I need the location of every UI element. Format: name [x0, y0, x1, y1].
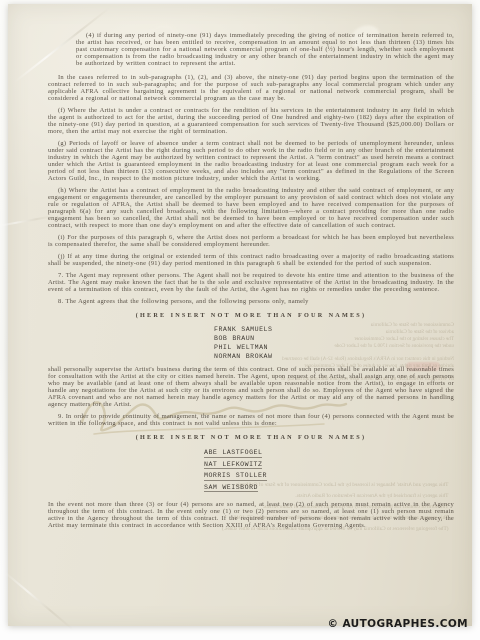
continuity-names-list: ABE LASTFOGEL NAT LEFKOWITZ MORRIS STOLL…: [204, 447, 454, 493]
clause-9: 9. In order to provide continuity of man…: [48, 413, 454, 427]
clause-cases: In the cases referred to in sub-paragrap…: [48, 74, 454, 102]
continuity-name: SAM WEISBORD: [204, 482, 454, 494]
clause-i: (i) For the purposes of this paragraph 6…: [48, 234, 454, 248]
clause-8: 8. The Agent agrees that the following p…: [48, 298, 454, 305]
insert-names-heading-1: (HERE INSERT NOT MORE THAN FOUR NAMES): [48, 312, 454, 319]
paper-crease: [4, 571, 74, 630]
watermark-text: © AUTOGRAPHES.COM: [328, 618, 469, 630]
continuity-name-text: NAT LEFKOWITZ: [204, 461, 262, 470]
clause-f: (f) Where the Artist is under a contract…: [48, 107, 454, 135]
contract-page: Commissioner of the State of California …: [8, 4, 472, 626]
continuity-name: NAT LEFKOWITZ: [204, 459, 454, 471]
continuity-name-text: MORRIS STOLLER: [204, 472, 267, 481]
scan-background: Commissioner of the State of California …: [0, 0, 480, 640]
continuity-name-text: ABE LASTFOGEL: [204, 449, 262, 458]
clause-h: (h) Where the Artist has a contract of e…: [48, 187, 454, 229]
clause-final: In the event not more than three (3) or …: [48, 501, 454, 529]
contract-text-column: (4) if during any period of ninety-one (…: [48, 32, 454, 534]
supervisor-names-list: FRANK SAMUELS BOB BRAUN PHIL WELTMAN NOR…: [214, 325, 454, 361]
continuity-name-text: SAM WEISBORD: [204, 484, 258, 493]
supervisor-name: NORMAN BROKAW: [214, 352, 454, 361]
clause-7: 7. The Agent may represent other persons…: [48, 272, 454, 293]
continuity-name: ABE LASTFOGEL: [204, 447, 454, 459]
clause-4: (4) if during any period of ninety-one (…: [76, 32, 454, 67]
clause-j: (j) If at any time during the original o…: [48, 253, 454, 267]
clause-g: (g) Periods of layoff or leave of absenc…: [48, 140, 454, 182]
supervisor-name: FRANK SAMUELS: [214, 325, 454, 334]
continuity-name: MORRIS STOLLER: [204, 470, 454, 482]
insert-names-heading-2: (HERE INSERT NOT MORE THAN FOUR NAMES): [48, 434, 454, 441]
clause-supervise: shall personally supervise the Artist's …: [48, 366, 454, 408]
supervisor-name: BOB BRAUN: [214, 334, 454, 343]
supervisor-name: PHIL WELTMAN: [214, 343, 454, 352]
